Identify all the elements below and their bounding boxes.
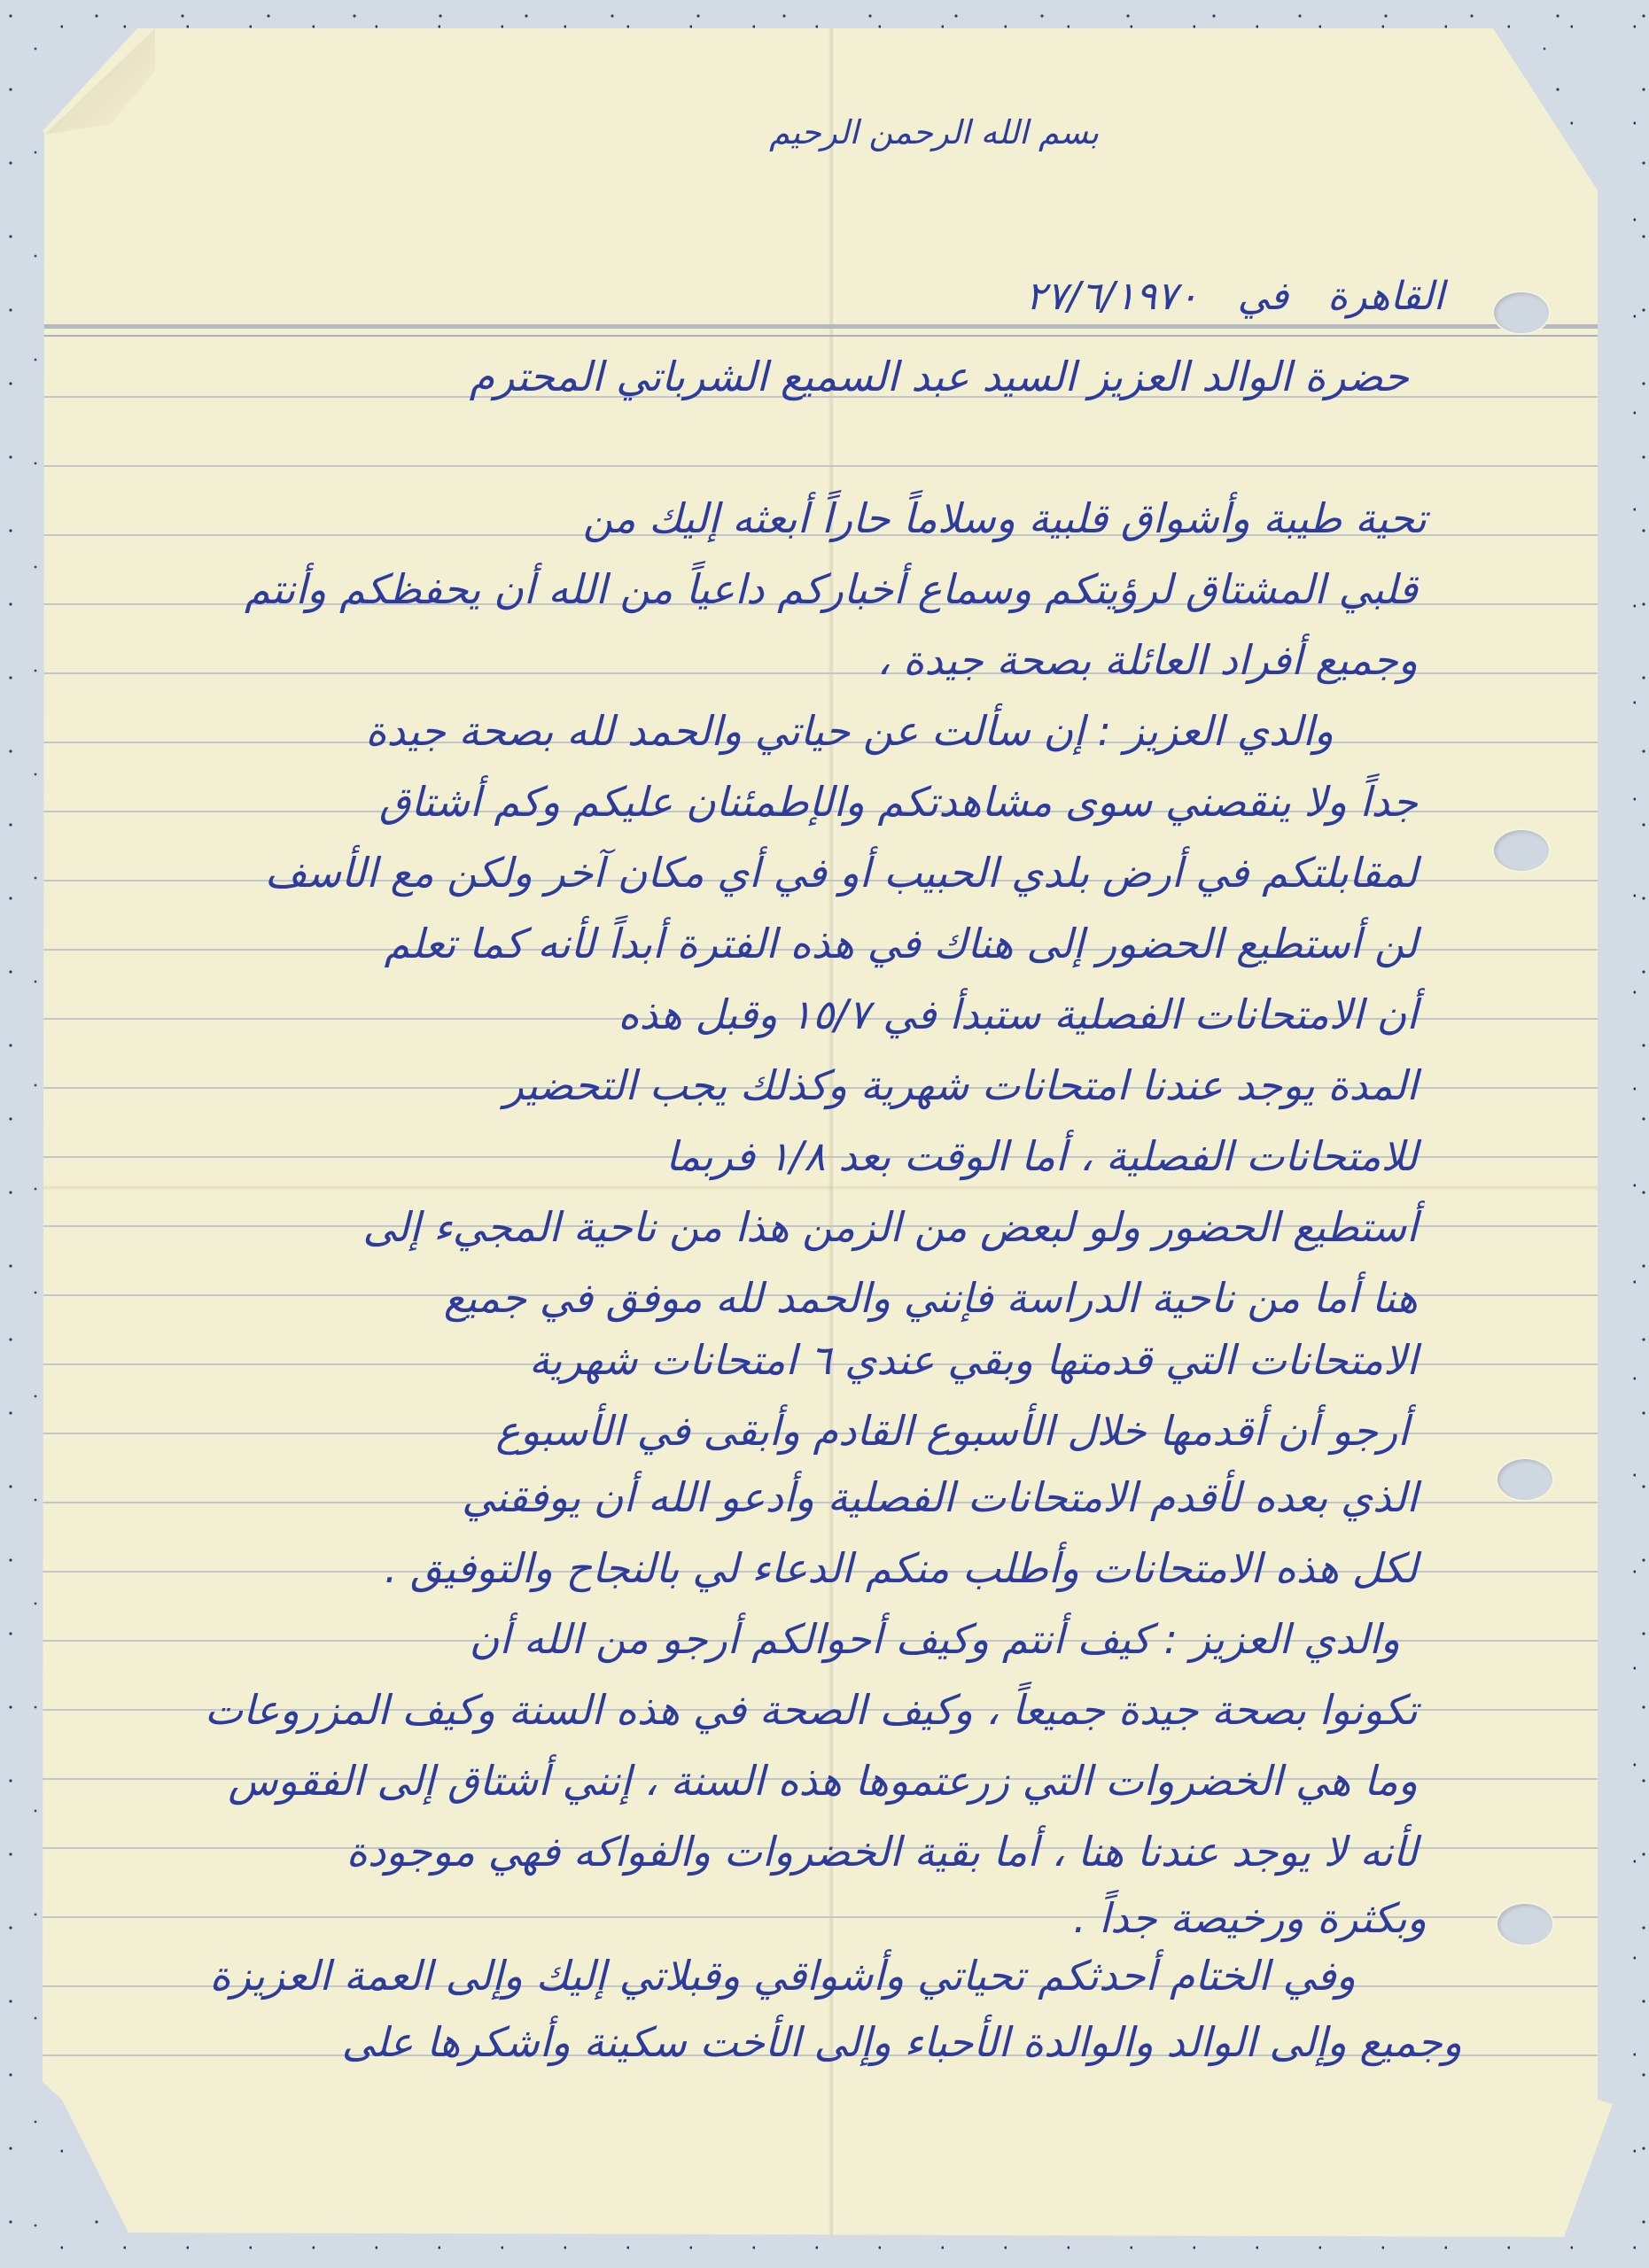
header-rule-thin [43, 335, 1598, 337]
body-line: جداً ولا ينقصني سوى مشاهدتكم والإطمئنان … [97, 775, 1418, 828]
punch-hole [1497, 1459, 1552, 1500]
body-line: أرجو أن أقدمها خلال الأسبوع القادم وأبقى… [151, 1404, 1409, 1457]
body-line: أن الامتحانات الفصلية ستبدأ في ١٥/٧ وقبل… [71, 988, 1418, 1041]
body-line: للامتحانات الفصلية ، أما الوقت بعد ١/٨ ف… [142, 1130, 1418, 1183]
date-line: القاهرة في ٢٧/٦/١٩٧٠ [416, 270, 1444, 323]
body-line: والدي العزيز : إن سألت عن حياتي والحمد ل… [89, 704, 1334, 757]
body-line: والدي العزيز : كيف أنتم وكيف أحوالكم أرج… [213, 1612, 1400, 1666]
closing-line: وفي الختام أحدثكم تحياتي وأشواقي وقبلاتي… [71, 1949, 1356, 2002]
body-line: الامتحانات التي قدمتها وبقي عندي ٦ امتحا… [204, 1333, 1418, 1386]
punch-hole [1497, 1904, 1552, 1945]
body-line: لكل هذه الامتحانات وأطلب منكم الدعاء لي … [168, 1542, 1418, 1595]
body-line: تكونوا بصحة جيدة جميعاً ، وكيف الصحة في … [89, 1683, 1418, 1736]
letter-sheet: بسم الله الرحمن الرحيم القاهرة في ٢٧/٦/١… [0, 0, 1649, 2268]
folded-corner [44, 28, 155, 135]
body-line: هنا أما من ناحية الدراسة فإنني والحمد لل… [159, 1271, 1418, 1324]
punch-hole [1494, 830, 1549, 871]
body-line: تحية طيبة وأشواق قلبية وسلاماً حاراً أبع… [142, 492, 1427, 545]
basmala: بسم الله الرحمن الرحيم [762, 106, 1099, 159]
body-line: أستطيع الحضور ولو لبعض من الزمن هذا من ن… [142, 1200, 1418, 1254]
header-rule-thick [43, 324, 1598, 329]
body-line: قلبي المشتاق لرؤيتكم وسماع أخباركم داعيا… [53, 563, 1418, 616]
body-line: لن أستطيع الحضور إلى هناك في هذه الفترة … [89, 917, 1418, 970]
body-line: وما هي الخضروات التي زرعتموها هذه السنة … [142, 1754, 1418, 1807]
body-line: وبكثرة ورخيصة جداً . [975, 1891, 1427, 1945]
body-line: المدة يوجد عندنا امتحانات شهرية وكذلك يج… [142, 1059, 1418, 1112]
salutation: حضرة الوالد العزيز السيد عبد السميع الشر… [372, 350, 1409, 403]
body-line: وجميع أفراد العائلة بصحة جيدة ، [301, 633, 1418, 687]
body-line: الذي بعده لأقدم الامتحانات الفصلية وأدعو… [97, 1471, 1418, 1524]
closing-line: وجميع وإلى الوالد والوالدة الأحباء وإلى … [80, 2016, 1462, 2069]
punch-hole [1494, 292, 1549, 333]
body-line: لأنه لا يوجد عندنا هنا ، أما بقية الخضرو… [115, 1825, 1418, 1878]
body-line: لمقابلتكم في أرض بلدي الحبيب أو في أي مك… [89, 846, 1418, 899]
ruled-line [43, 465, 1598, 467]
